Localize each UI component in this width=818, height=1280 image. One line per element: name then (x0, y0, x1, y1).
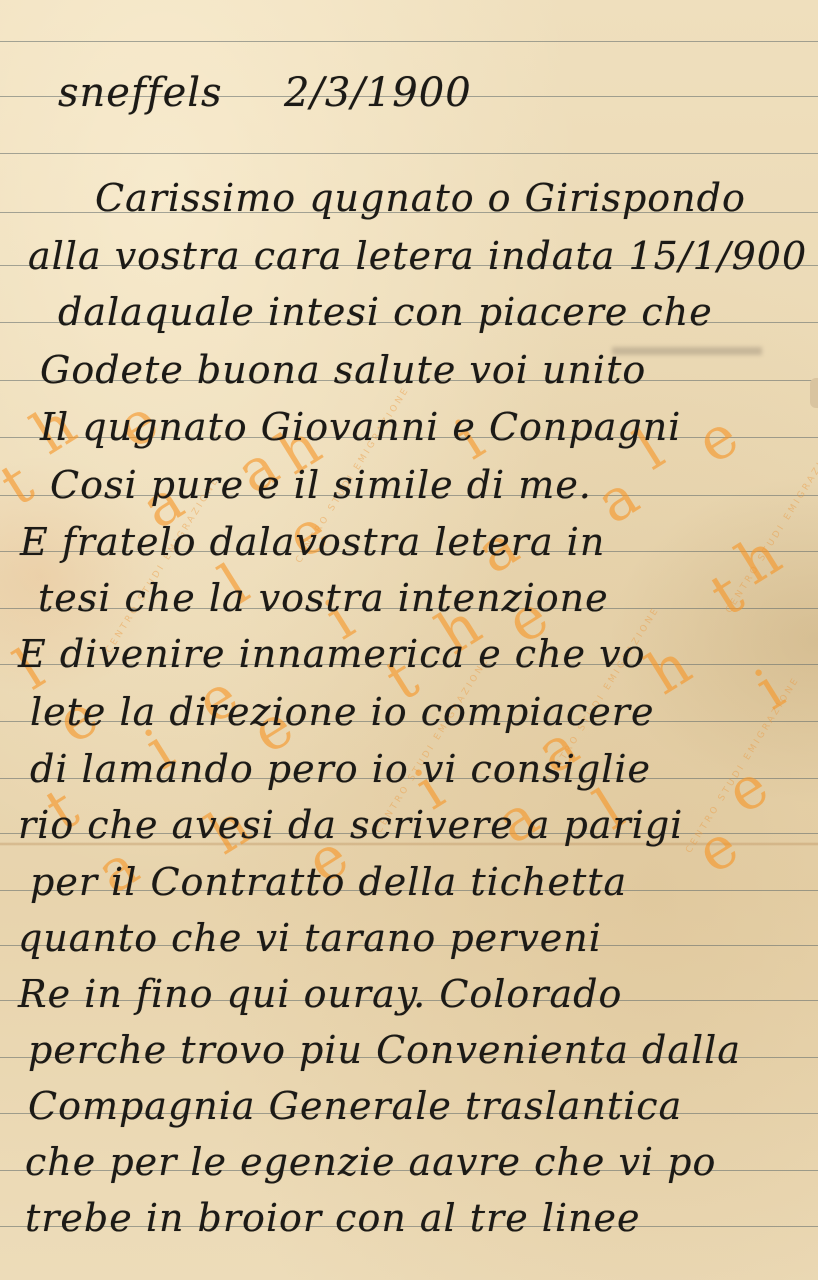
watermark-letter: e (687, 405, 747, 472)
letter-line: perche trovo piu Convenienta dalla (28, 1028, 741, 1072)
header-place: sneffels (58, 70, 223, 116)
letter-line: Il qugnato Giovanni e Conpagni (40, 405, 681, 449)
paper-edge-tear (810, 378, 818, 408)
watermark-letter: t (701, 563, 752, 625)
watermark-letter: t (0, 453, 42, 515)
letter-line: quanto che vi tarano perveni (18, 916, 602, 960)
letter-line: trebe in broior con al tre linee (25, 1196, 641, 1240)
letter-line: Carissimo qugnato o Girispondo (95, 176, 746, 220)
watermark-ring-text: CENTRO STUDI EMIGRAZIONE (724, 435, 818, 615)
letter-line: per il Contratto della tichetta (30, 860, 627, 904)
header-date: 2/3/1900 (284, 70, 472, 116)
watermark-ring-text: CENTRO STUDI EMIGRAZIONE (684, 675, 802, 855)
letter-line: che per le egenzie aavre che vi po (25, 1140, 716, 1184)
watermark-letter: h (727, 525, 789, 594)
letter-line: rio che avesi da scrivere a parigi (18, 803, 683, 847)
watermark-letter: i (746, 659, 792, 718)
letter-line: dalaquale intesi con piacere che (58, 290, 713, 334)
letter-line: tesi che la vostra intenzione (38, 576, 609, 620)
watermark-letter: e (687, 815, 747, 882)
letter-line: di lamando pero io vi consiglie (30, 747, 651, 791)
ruled-line (0, 41, 818, 42)
ruled-line (0, 153, 818, 154)
letter-page: t h e a a l h e i i a e a l e h t l e i … (0, 0, 818, 1280)
letter-line: Compagnia Generale traslantica (28, 1084, 682, 1128)
letter-line: E divenire innamerica e che vo (18, 632, 645, 676)
letter-line: alla vostra cara letera indata 15/1/900 (28, 234, 807, 278)
letter-line: Godete buona salute voi unito (40, 348, 646, 392)
letter-line: lete la direzione io compiacere (30, 690, 654, 734)
watermark-letter: e (717, 755, 777, 822)
letter-line: E fratelo dalavostra letera in (20, 520, 605, 564)
letter-line: Cosi pure e il simile di me. (50, 463, 592, 507)
letter-line: Re in fino qui ouray. Colorado (18, 972, 622, 1016)
letter-header: sneffels 2/3/1900 (58, 70, 472, 116)
